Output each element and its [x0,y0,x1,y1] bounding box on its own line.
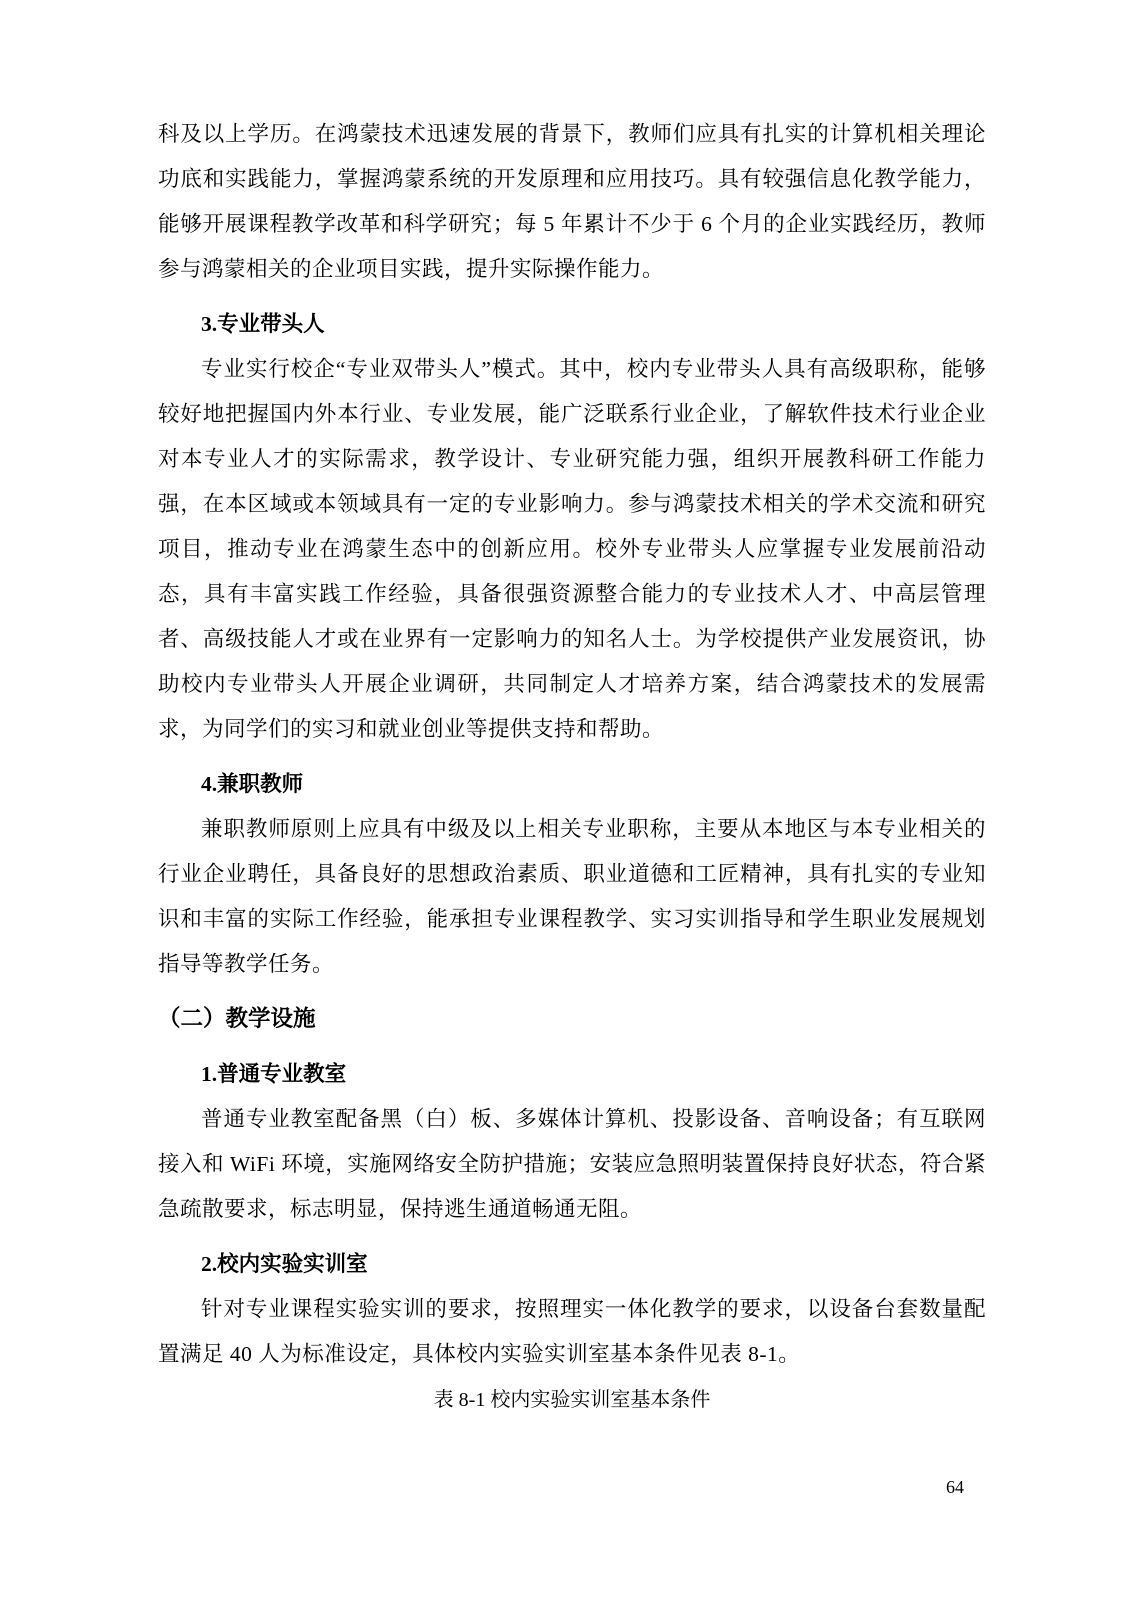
heading-parttime-teacher: 4.兼职教师 [158,762,986,807]
heading-campus-lab: 2.校内实验实训室 [158,1242,986,1287]
paragraph-teacher-requirements-continuation: 科及以上学历。在鸿蒙技术迅速发展的背景下，教师们应具有扎实的计算机相关理论功底和… [158,112,986,292]
table-8-1-caption: 表 8-1 校内实验实训室基本条件 [158,1379,986,1422]
paragraph-professional-leader: 专业实行校企“专业双带头人”模式。其中，校内专业带头人具有高级职称，能够较好地把… [158,347,986,752]
heading-ordinary-classroom: 1.普通专业教室 [158,1052,986,1097]
paragraph-parttime-teacher: 兼职教师原则上应具有中级及以上相关专业职称，主要从本地区与本专业相关的行业企业聘… [158,807,986,987]
heading-professional-leader: 3.专业带头人 [158,302,986,347]
paragraph-campus-lab: 针对专业课程实验实训的要求，按照理实一体化教学的要求，以设备台套数量配置满足 4… [158,1287,986,1377]
paragraph-ordinary-classroom: 普通专业教室配备黑（白）板、多媒体计算机、投影设备、音响设备；有互联网接入和 W… [158,1097,986,1232]
document-body: 科及以上学历。在鸿蒙技术迅速发展的背景下，教师们应具有扎实的计算机相关理论功底和… [158,112,986,1422]
heading-teaching-facilities: （二）教学设施 [158,995,986,1042]
document-page: 科及以上学历。在鸿蒙技术迅速发展的背景下，教师们应具有扎实的计算机相关理论功底和… [0,0,1131,1600]
page-number: 64 [946,1475,964,1499]
